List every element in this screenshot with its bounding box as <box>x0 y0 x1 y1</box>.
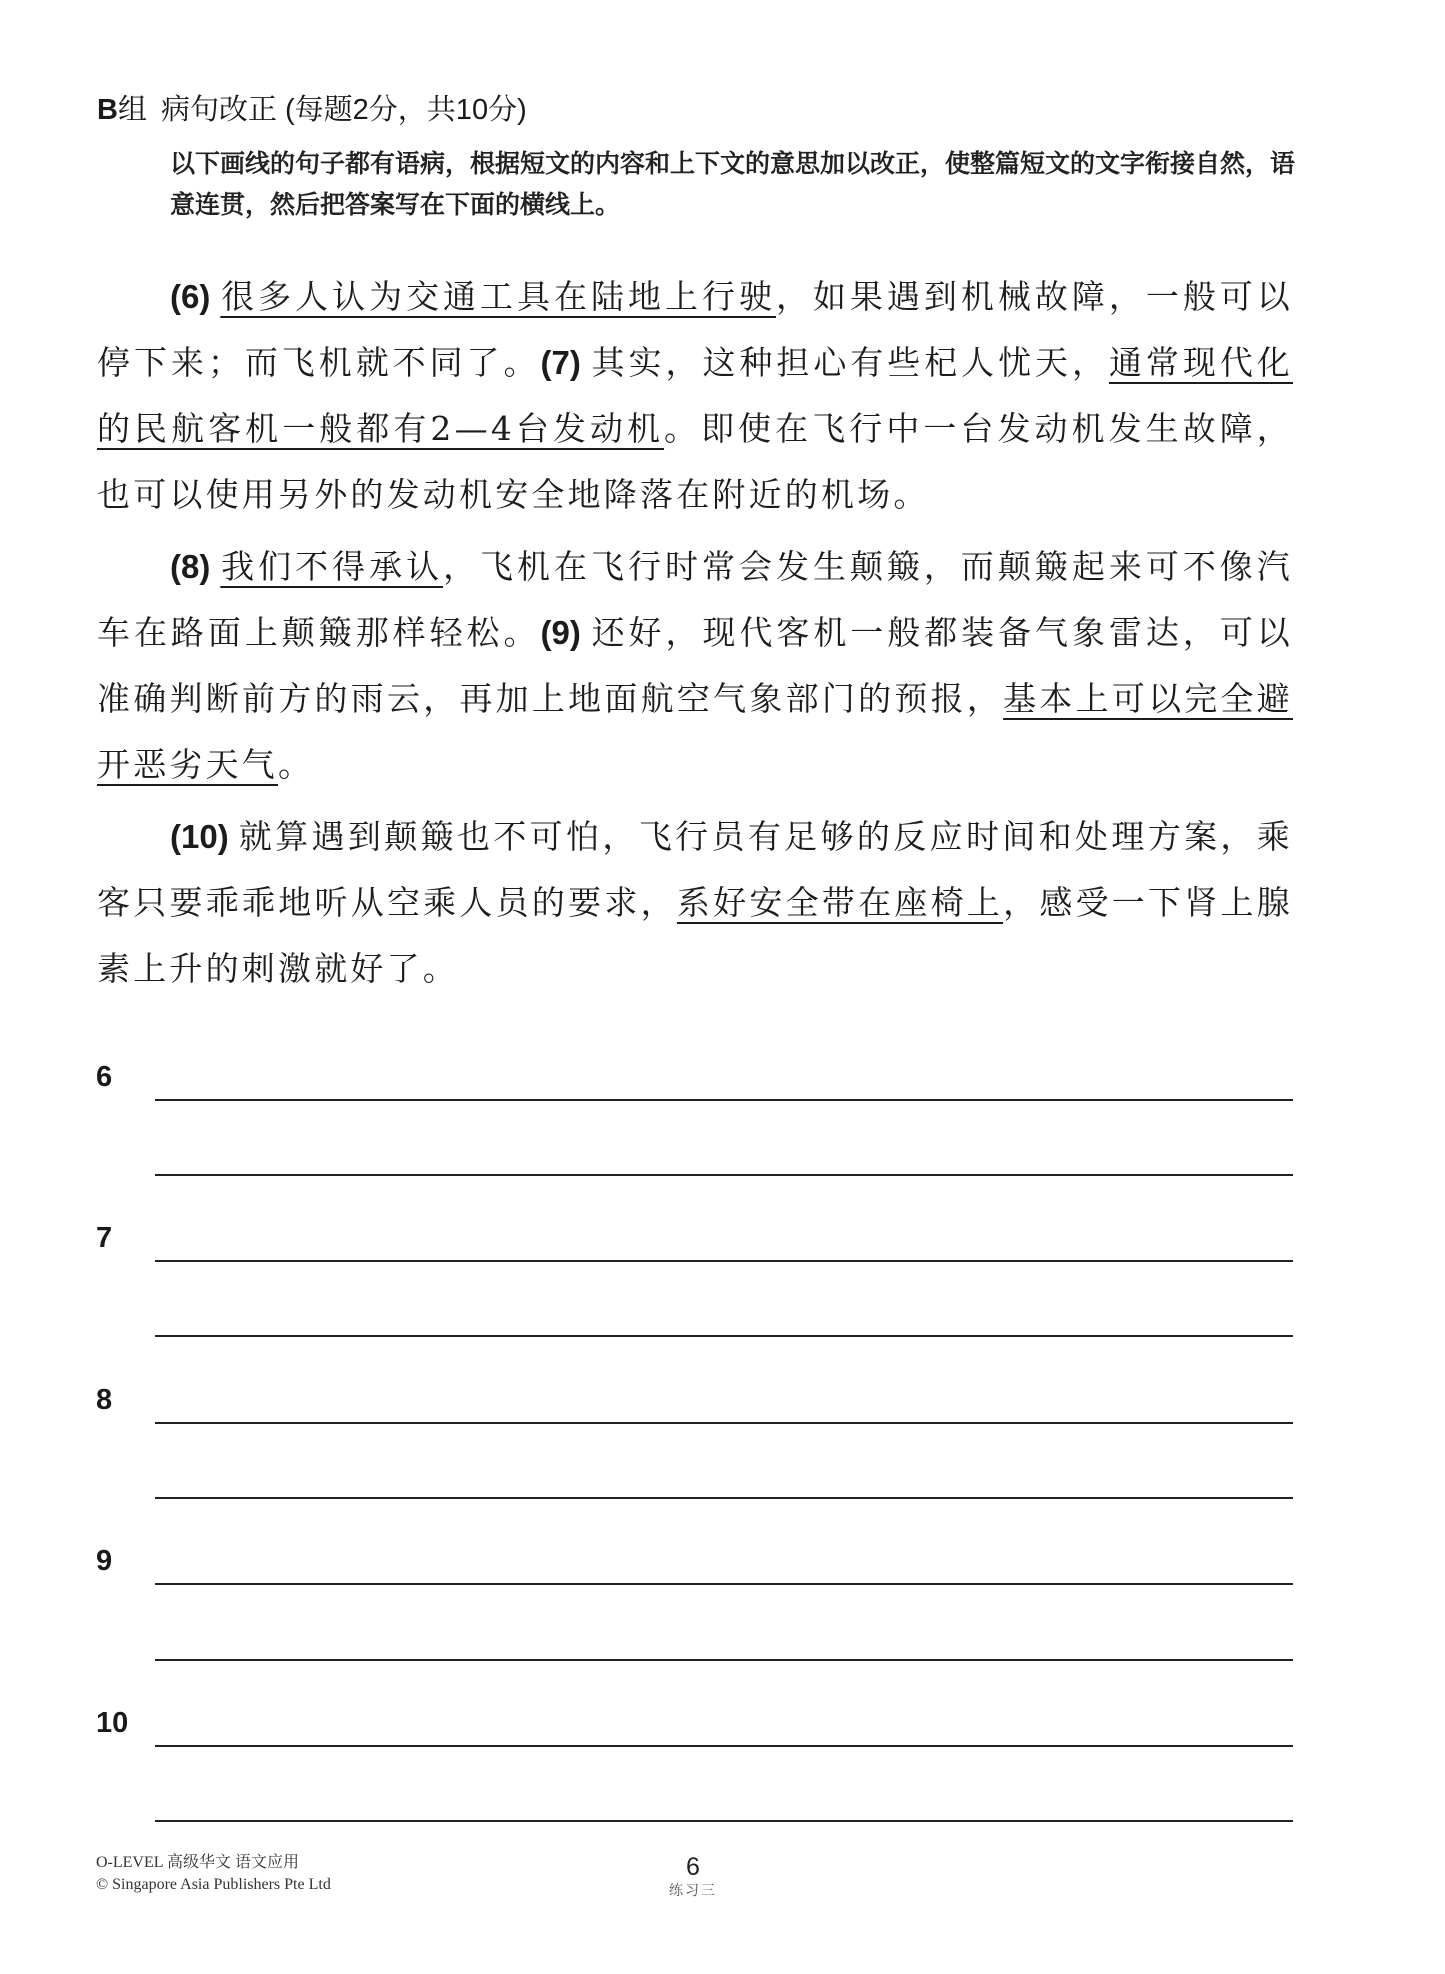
answer-line[interactable] <box>155 1745 1293 1747</box>
book-title: O-LEVEL 高级华文 语文应用 <box>96 1852 331 1874</box>
answer-line[interactable] <box>155 1820 1293 1822</box>
group-suffix: 组 <box>118 94 147 126</box>
page-number: 6 <box>643 1853 743 1881</box>
question-number: (10) <box>170 818 229 855</box>
answer-line[interactable] <box>155 1659 1293 1661</box>
passage-text: 。 <box>278 745 314 784</box>
passage: (6)很多人认为交通工具在陆地上行驶，如果遇到机械故障，一般可以停下来；而飞机就… <box>97 264 1293 1008</box>
answer-number: 9 <box>96 1545 112 1577</box>
answer-line[interactable] <box>155 1497 1293 1499</box>
instructions: 以下画线的句子都有语病，根据短文的内容和上下文的意思加以改正，使整篇短文的文字衔… <box>170 143 1300 225</box>
answer-line[interactable] <box>155 1260 1293 1262</box>
passage-text: 其实，这种担心有些杞人忧天， <box>591 343 1109 382</box>
underlined-sentence: 很多人认为交通工具在陆地上行驶 <box>220 277 776 316</box>
underlined-sentence: 系好安全带在座椅上 <box>677 883 1003 922</box>
passage-paragraph: (10)就算遇到颠簸也不可怕，飞行员有足够的反应时间和处理方案，乘客只要乖乖地听… <box>97 804 1293 1002</box>
answer-number: 8 <box>96 1384 112 1416</box>
group-label: B组 <box>97 94 147 126</box>
section-heading: B组病句改正 (每题2分，共10分) <box>97 90 527 130</box>
exercise-label: 练习三 <box>643 1881 743 1901</box>
answer-number: 6 <box>96 1061 112 1093</box>
section-title: 病句改正 (每题2分，共10分) <box>161 94 527 126</box>
underlined-sentence: 我们不得承认 <box>220 547 443 586</box>
answer-line[interactable] <box>155 1174 1293 1176</box>
footer-credits: O-LEVEL 高级华文 语文应用 © Singapore Asia Publi… <box>96 1852 331 1896</box>
copyright: © Singapore Asia Publishers Pte Ltd <box>96 1874 331 1896</box>
answer-number: 7 <box>96 1222 112 1254</box>
answer-line[interactable] <box>155 1335 1293 1337</box>
question-number: (7) <box>540 344 580 381</box>
answer-line[interactable] <box>155 1583 1293 1585</box>
passage-paragraph: (6)很多人认为交通工具在陆地上行驶，如果遇到机械故障，一般可以停下来；而飞机就… <box>97 264 1293 528</box>
question-number: (9) <box>540 614 580 651</box>
question-number: (8) <box>170 548 210 585</box>
answer-line[interactable] <box>155 1422 1293 1424</box>
answer-number: 10 <box>96 1707 128 1739</box>
group-letter: B <box>97 94 118 126</box>
question-number: (6) <box>170 278 210 315</box>
footer-page-info: 6 练习三 <box>643 1853 743 1901</box>
answer-line[interactable] <box>155 1099 1293 1101</box>
passage-paragraph: (8)我们不得承认，飞机在飞行时常会发生颠簸，而颠簸起来可不像汽车在路面上颠簸那… <box>97 534 1293 798</box>
